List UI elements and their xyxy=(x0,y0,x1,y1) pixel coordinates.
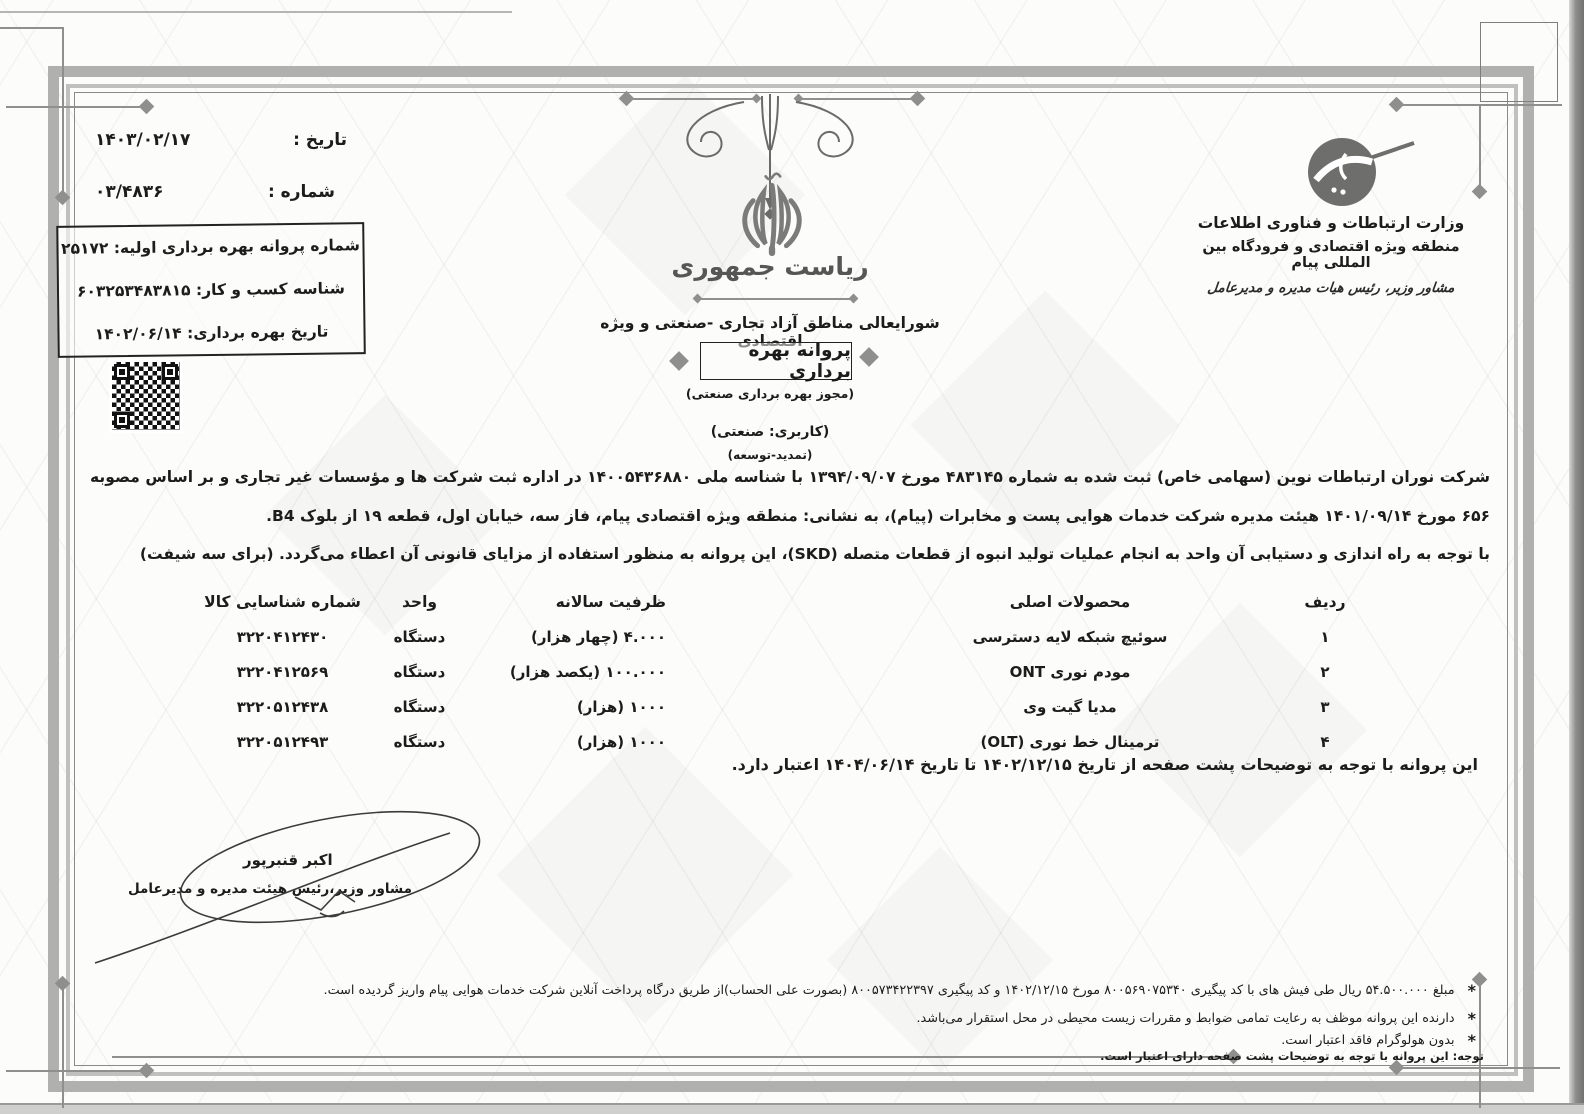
table-cell: ۱۰۰.۰۰۰ (یکصد هزار) xyxy=(450,655,666,690)
number-label: شماره : xyxy=(268,182,335,202)
usage-note: (کاربری: صنعتی) xyxy=(660,424,880,440)
zone-name: منطقه ویژه اقتصادی و فرودگاه بین المللی … xyxy=(1180,239,1482,271)
ornament-line xyxy=(1396,1067,1560,1069)
qr-finder xyxy=(162,364,178,380)
ministry-name: وزارت ارتباطات و فناوری اطلاعات xyxy=(1180,214,1482,232)
date-value: ۱۴۰۳/۰۲/۱۷ xyxy=(95,130,190,150)
presidency-title: ریاست جمهوری xyxy=(660,252,880,281)
table-cell: سوئیچ شبکه لایه دسترسی xyxy=(920,620,1220,655)
body-line-1: شرکت نوران ارتباطات نوین (سهامی خاص) ثبت… xyxy=(90,468,1490,486)
body-line-3: با توجه به راه اندازی و دستیابی آن واحد … xyxy=(90,545,1490,563)
scan-edge-bottom xyxy=(0,1103,1584,1114)
ornament-line xyxy=(6,1070,146,1072)
number-value: ۰۳/۴۸۳۶ xyxy=(95,182,163,202)
table-header: واحد xyxy=(372,585,467,620)
signature-title: مشاور وزیر،رئیس هیئت مدیره و مدیرعامل xyxy=(128,881,412,897)
body-line-2: ۶۵۶ مورخ ۱۴۰۱/۰۹/۱۴ هیئت مدیره شرکت خدما… xyxy=(90,507,1490,525)
note-item: * دارنده این پروانه موظف به رعایت تمامی … xyxy=(916,1011,1476,1027)
note-bullet: * xyxy=(1468,1011,1476,1027)
note-item: * بدون هولوگرام فاقد اعتبار است. xyxy=(1281,1033,1476,1049)
license-meta-box: شماره پروانه بهره برداری اولیه: ۲۵۱۷۲ شن… xyxy=(56,222,366,358)
note-text: دارنده این پروانه موظف به رعایت تمامی ضو… xyxy=(916,1011,1454,1027)
note-text: بدون هولوگرام فاقد اعتبار است. xyxy=(1281,1033,1454,1049)
table-cell: ۳۲۲۰۴۱۲۴۳۰ xyxy=(200,620,365,655)
table-cell: ۲ xyxy=(1270,655,1380,690)
table-cell: ۳۲۲۰۵۱۲۴۹۳ xyxy=(200,725,365,760)
table-column-products: محصولات اصلی سوئیچ شبکه لایه دسترسی مودم… xyxy=(920,585,1220,760)
corner-registration-square xyxy=(1480,22,1558,102)
table-cell: ۴.۰۰۰ (چهار هزار) xyxy=(450,620,666,655)
ministry-block: وزارت ارتباطات و فناوری اطلاعات منطقه وی… xyxy=(1180,214,1482,296)
initial-license-number: شماره پروانه بهره برداری اولیه: ۲۵۱۷۲ xyxy=(58,236,362,258)
table-column-capacity: ظرفیت سالانه ۴.۰۰۰ (چهار هزار) ۱۰۰.۰۰۰ (… xyxy=(450,585,666,760)
qr-finder xyxy=(114,364,130,380)
ornament-line xyxy=(6,106,146,108)
note-bullet: * xyxy=(1468,1033,1476,1049)
table-cell: ۱ xyxy=(1270,620,1380,655)
business-id: شناسه کسب و کار: ۶۰۳۲۵۳۴۸۳۸۱۵ xyxy=(59,279,363,301)
table-cell: ۱۰۰۰ (هزار) xyxy=(450,690,666,725)
license-document: تاریخ : ۱۴۰۳/۰۲/۱۷ شماره : ۰۳/۴۸۳۶ شماره… xyxy=(0,0,1584,1114)
table-cell: مودم نوری ONT xyxy=(920,655,1220,690)
ornament-line xyxy=(1479,104,1481,190)
scan-artifact xyxy=(0,11,512,13)
divider-line xyxy=(700,298,852,300)
table-cell: ۱۰۰۰ (هزار) xyxy=(450,725,666,760)
qr-code xyxy=(112,362,180,430)
table-cell: دستگاه xyxy=(372,620,467,655)
table-header: ظرفیت سالانه xyxy=(450,585,666,620)
table-cell: دستگاه xyxy=(372,725,467,760)
ornament-line xyxy=(1479,982,1481,1108)
table-cell: ۳ xyxy=(1270,690,1380,725)
footer-rule xyxy=(112,1056,1232,1058)
table-column-row-number: ردیف ۱ ۲ ۳ ۴ xyxy=(1270,585,1380,760)
ornament-line xyxy=(62,27,64,193)
signature-name: اکبر قنبرپور xyxy=(243,851,333,869)
table-column-item-id: شماره شناسایی کالا ۳۲۲۰۴۱۲۴۳۰ ۳۲۲۰۴۱۲۵۶۹… xyxy=(200,585,365,760)
table-cell: ۳۲۲۰۴۱۲۵۶۹ xyxy=(200,655,365,690)
crop-mark xyxy=(0,27,64,29)
footer-note: توجه: این پروانه با توجه به توضیحات پشت … xyxy=(1100,1049,1484,1063)
table-cell: دستگاه xyxy=(372,655,467,690)
validity-line: این پروانه با توجه به توضیحات پشت صفحه ا… xyxy=(732,755,1478,774)
number-row: شماره : ۰۳/۴۸۳۶ xyxy=(95,182,335,202)
table-cell: مدیا گیت وی xyxy=(920,690,1220,725)
date-label: تاریخ : xyxy=(293,130,347,150)
table-cell: دستگاه xyxy=(372,690,467,725)
note-item: * مبلغ ۵۴.۵۰۰.۰۰۰ ریال طی فیش های با کد … xyxy=(324,983,1476,999)
table-header: ردیف xyxy=(1270,585,1380,620)
table-cell: ۳۲۲۰۵۱۲۴۳۸ xyxy=(200,690,365,725)
table-column-unit: واحد دستگاه دستگاه دستگاه دستگاه xyxy=(372,585,467,760)
ornament-line xyxy=(798,98,916,100)
table-header: محصولات اصلی xyxy=(920,585,1220,620)
renewal-note: (تمدید-توسعه) xyxy=(680,448,860,462)
license-subtitle: (مجوز بهره برداری صنعتی) xyxy=(640,386,900,401)
license-title: پروانه بهره برداری xyxy=(701,340,851,382)
ornament-line xyxy=(62,986,64,1108)
ornament-line xyxy=(627,98,757,100)
date-row: تاریخ : ۱۴۰۳/۰۲/۱۷ xyxy=(95,130,347,150)
license-title-box: پروانه بهره برداری xyxy=(700,342,852,380)
note-bullet: * xyxy=(1468,983,1476,999)
issuer-title: مشاور وزیر، رئیس هیات مدیره و مدیرعامل xyxy=(1179,280,1483,296)
table-header: شماره شناسایی کالا xyxy=(200,585,365,620)
note-text: مبلغ ۵۴.۵۰۰.۰۰۰ ریال طی فیش های با کد پی… xyxy=(324,983,1455,999)
exploitation-date: تاریخ بهره برداری: ۱۴۰۲/۰۶/۱۴ xyxy=(59,322,363,344)
scan-edge-right xyxy=(1569,0,1584,1114)
qr-finder xyxy=(114,412,130,428)
